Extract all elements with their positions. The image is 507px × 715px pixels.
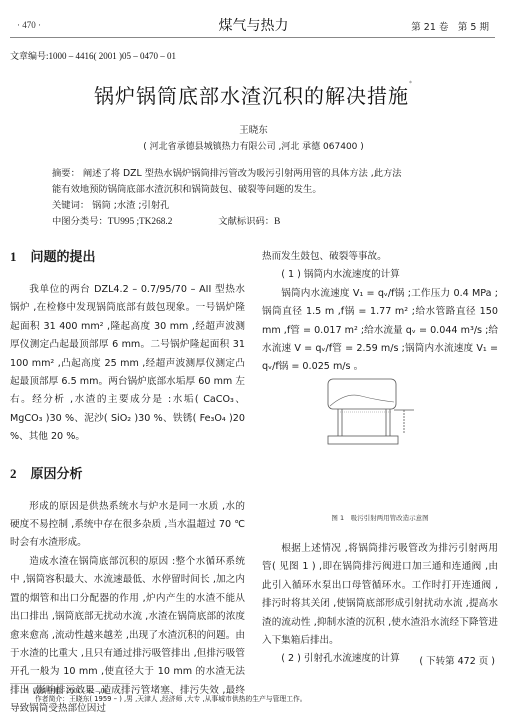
- section-1-heading: 1问题的提出: [10, 248, 245, 267]
- paper-title-text: 锅炉锅筒底部水渣沉积的解决措施: [94, 84, 409, 108]
- clc-label: 中图分类号：: [52, 216, 108, 227]
- classification-line: 中图分类号：TU995 ;TK268.2 文献标识码：B: [52, 214, 452, 230]
- section-2-heading: 2原因分析: [10, 465, 245, 484]
- article-number-label: 文章编号: [10, 52, 46, 62]
- article-number-value: :1000 – 4416( 2001 )05 – 0470 – 01: [46, 51, 176, 61]
- doc-code-value: B: [274, 217, 280, 227]
- paper-title: 锅炉锅筒底部水渣沉积的解决措施*: [0, 80, 507, 109]
- author: 王晓东: [0, 122, 507, 136]
- section-1-paragraph: 我单位的两台 DZL4.2 – 0.7/95/70 – AII 型热水锅炉 ,在…: [10, 281, 245, 447]
- method-paragraph: 根据上述情况 ,将锅筒排污吸管改为排污引射两用管( 见图 1 ) ,即在锅筒排污…: [262, 540, 498, 650]
- section-2-number: 2: [10, 466, 17, 481]
- figure-1-caption: 图 1 吸污引射两用管改造示意图: [262, 513, 498, 522]
- footnote-mark: *: [25, 687, 28, 695]
- clc-value: TU995 ;TK268.2: [108, 217, 173, 227]
- article-number: 文章编号:1000 – 4416( 2001 )05 – 0470 – 01: [10, 49, 176, 62]
- continued-paragraph: 热而发生鼓包、破裂等事故。: [262, 248, 498, 266]
- footnote-bio: 作者简介：王晓东( 1959 – ) ,男 ,天津人 ,经济师 ,大专 ,从事城…: [25, 696, 307, 704]
- footnote: * 收稿日期：2001 – 02 – 06 作者简介：王晓东( 1959 – )…: [25, 688, 307, 703]
- section-1-title: 问题的提出: [31, 250, 96, 265]
- abstract-line-2: 能有效地预防锅筒底部水渣沉积和锅筒鼓包、破裂等问题的发生。: [52, 182, 452, 198]
- figure-1-diagram: [326, 378, 426, 450]
- section-2-title: 原因分析: [31, 467, 83, 482]
- keywords: 锅筒 ;水渣 ;引射孔: [92, 200, 169, 211]
- left-column: 1问题的提出 我单位的两台 DZL4.2 – 0.7/95/70 – AII 型…: [10, 248, 245, 715]
- footnote-rule: [10, 683, 130, 684]
- keywords-label: 关键词：: [52, 200, 89, 211]
- volume-issue: 第 21 卷 第 5 期: [411, 19, 489, 33]
- bio-text: 王晓东( 1959 – ) ,男 ,天津人 ,经济师 ,大专 ,从事城市供热的生…: [69, 695, 307, 703]
- right-column-lower: 根据上述情况 ,将锅筒排污吸管改为排污引射两用管( 见图 1 ) ,即在锅筒排污…: [262, 540, 498, 669]
- affiliation: ( 河北省承德县城镇热力有限公司 ,河北 承德 067400 ): [0, 139, 507, 152]
- abstract-text-1: 阐述了将 DZL 型热水锅炉锅筒排污管改为吸污引射两用管的具体方法 ,此方法: [83, 168, 402, 179]
- continued-note: ( 下转第 472 页 ): [419, 653, 495, 667]
- bio-label: 作者简介：: [35, 695, 69, 703]
- header-rule: [10, 37, 495, 38]
- section-1-number: 1: [10, 249, 17, 264]
- keywords-line: 关键词： 锅筒 ;水渣 ;引射孔: [52, 198, 452, 214]
- right-column: 热而发生鼓包、破裂等事故。 ( 1 ) 锅筒内水流速度的计算 锅筒内水流速度 V…: [262, 248, 498, 377]
- calculation-paragraph: 锅筒内水流速度 V₁ = qᵥ/f锅 ;工作压力 0.4 MPa ;锅筒直径 1…: [262, 285, 498, 377]
- abstract-line-1: 摘要： 阐述了将 DZL 型热水锅炉锅筒排污管改为吸污引射两用管的具体方法 ,此…: [52, 166, 452, 182]
- section-2-paragraph-1: 形成的原因是供热系统水与炉水是同一水质 ,水的硬度不易控制 ,系统中存在很多杂质…: [10, 498, 245, 553]
- subsection-1-heading: ( 1 ) 锅筒内水流速度的计算: [262, 266, 498, 284]
- title-footnote-mark: *: [409, 80, 413, 87]
- abstract-block: 摘要： 阐述了将 DZL 型热水锅炉锅筒排污管改为吸污引射两用管的具体方法 ,此…: [52, 166, 452, 230]
- abstract-label: 摘要：: [52, 168, 80, 179]
- doc-code-label: 文献标识码：: [218, 216, 274, 227]
